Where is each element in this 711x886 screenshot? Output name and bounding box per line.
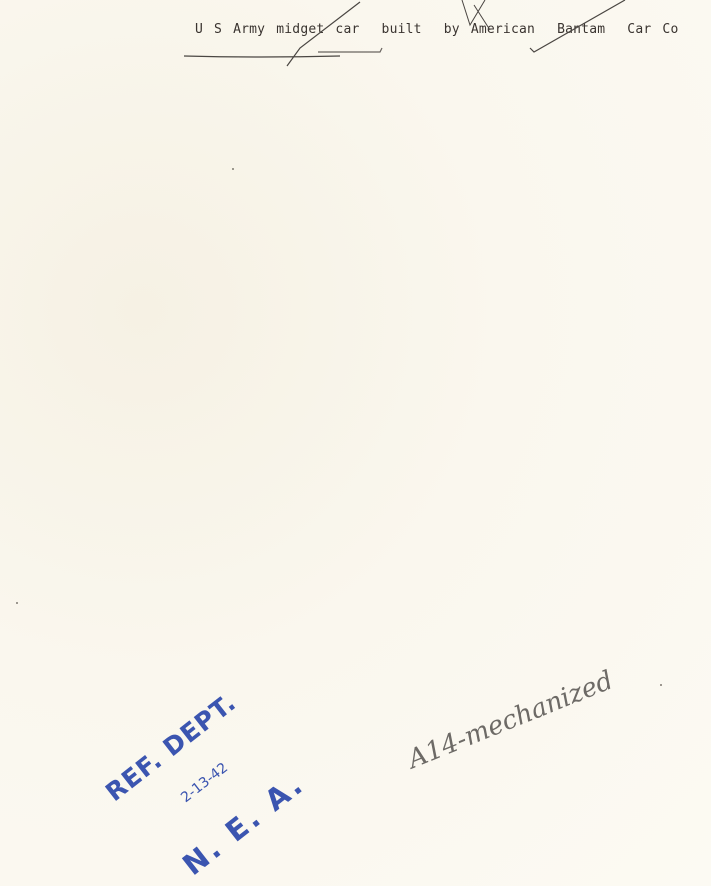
- stamp-date: 2-13-42: [178, 760, 231, 806]
- typed-caption: U S Army midget car built by American Ba…: [195, 22, 678, 37]
- paper-speck: [16, 602, 18, 604]
- handwritten-note: A14-mechanized: [404, 665, 618, 775]
- pencil-editing-marks: [0, 0, 711, 886]
- paper-speck: [660, 684, 662, 686]
- stamp-ref-dept: REF. DEPT.: [100, 688, 241, 807]
- paper-speck: [232, 168, 234, 170]
